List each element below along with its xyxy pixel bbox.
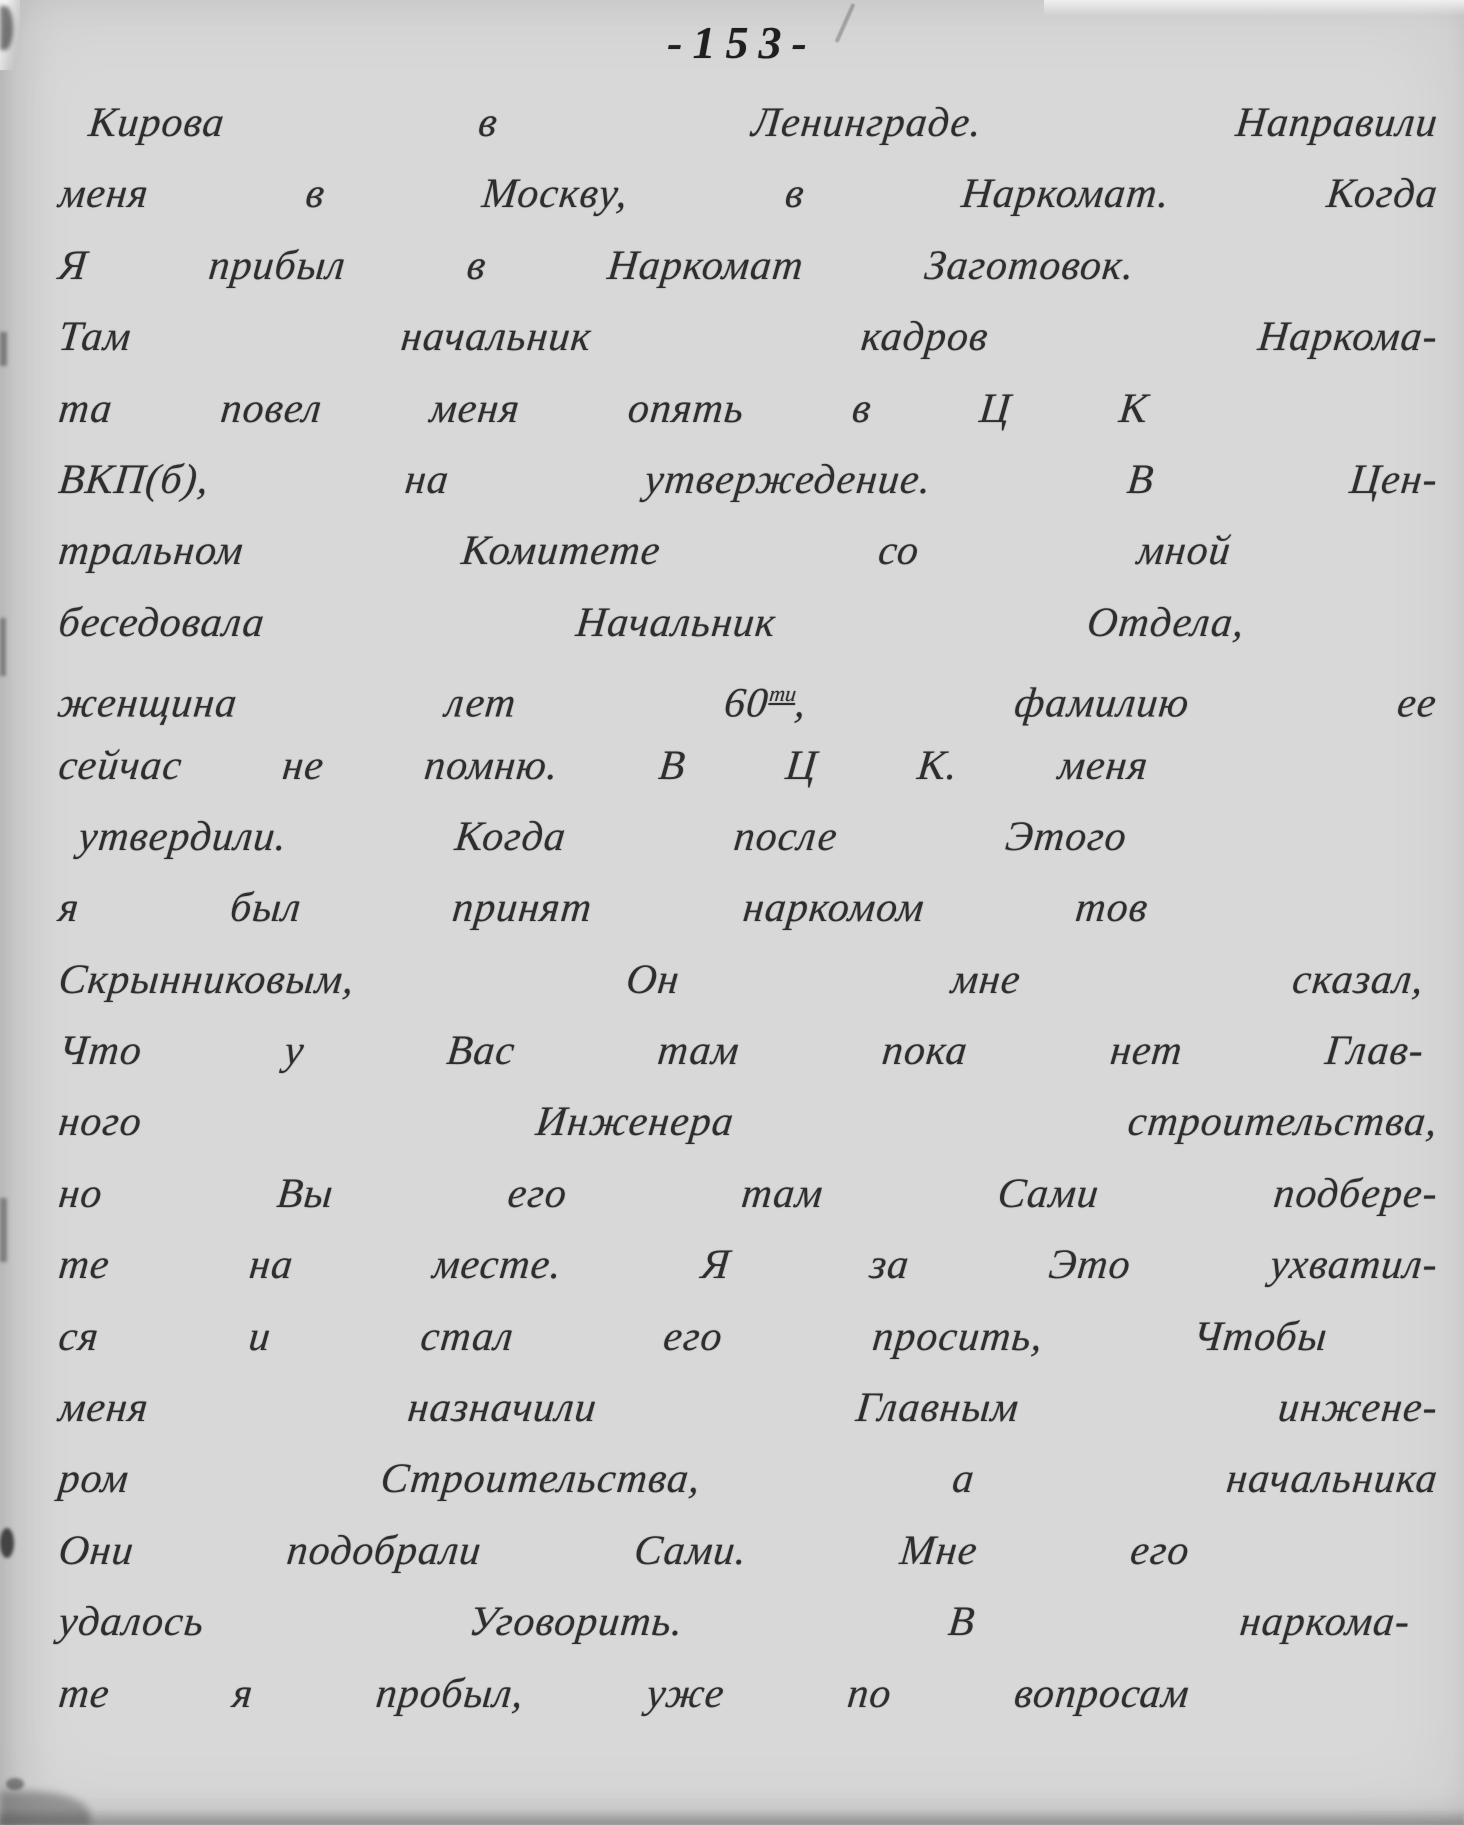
handwritten-line: меня назначили Главным инжене- — [55, 1373, 1442, 1444]
handwritten-line: беседовала Начальник Отдела, — [55, 588, 1248, 659]
scan-artifact-bottom-corner — [0, 1791, 90, 1825]
handwritten-line: утвердили. Когда после Этого — [75, 802, 1131, 873]
handwritten-line: Что у Вас там пока нет Глав- — [55, 1016, 1428, 1087]
line-text: , фамилию ее — [793, 681, 1440, 727]
handwritten-line: удалось Уговорить. В наркома- — [55, 1587, 1414, 1658]
manuscript-page: -153- Кирова в Ленинграде. Направили мен… — [0, 0, 1464, 1825]
handwritten-line: ного Инженера строительства, — [55, 1087, 1442, 1158]
handwritten-line: те на месте. Я за Это ухватил- — [55, 1230, 1442, 1301]
handwritten-line: та повел меня опять в Ц К — [55, 374, 1152, 445]
handwritten-line: Скрынниковым, Он мне сказал, — [55, 945, 1428, 1016]
handwritten-line: но Вы его там Сами подбере- — [55, 1159, 1442, 1230]
handwritten-line: Кирова в Ленинграде. Направили — [85, 88, 1442, 159]
scan-artifact-left-edge — [0, 1528, 14, 1558]
handwritten-line: я был принят наркомом тов — [55, 873, 1152, 944]
handwritten-line: сейчас не помню. В Ц К. меня — [55, 731, 1152, 802]
handwritten-line: женщина лет 60ти, фамилию ее — [55, 659, 1442, 730]
scan-artifact-left-edge — [0, 1198, 7, 1262]
handwritten-line: Там начальник кадров Наркома- — [55, 302, 1442, 373]
handwritten-line: ся и стал его просить, Чтобы — [55, 1302, 1331, 1373]
handwritten-line: ВКП(б), на утвержедение. В Цен- — [55, 445, 1442, 516]
scan-artifact-top-edge — [1044, 0, 1464, 16]
handwritten-line: Я прибыл в Наркомат Заготовок. — [55, 231, 1138, 302]
superscript-suffix: ти — [768, 682, 797, 706]
handwritten-line: ром Строительства, а начальника — [55, 1444, 1442, 1515]
handwritten-line: Они подобрали Сами. Мне его — [55, 1516, 1193, 1587]
scan-artifact-left-edge — [6, 1778, 24, 1790]
handwritten-line: тральном Комитете со мной — [55, 516, 1235, 587]
scan-artifact-left-edge — [0, 618, 6, 676]
scan-artifact-left-edge — [0, 332, 7, 366]
page-number: -153- — [0, 16, 1464, 69]
handwritten-line: те я пробыл, уже по вопросам — [55, 1659, 1193, 1730]
handwritten-line: меня в Москву, в Наркомат. Когда — [55, 159, 1442, 230]
line-text: женщина лет 60 — [55, 681, 770, 727]
scan-artifact-bottom-edge — [0, 1809, 1464, 1825]
manuscript-text: Кирова в Ленинграде. Направили меня в Мо… — [55, 88, 1434, 1730]
